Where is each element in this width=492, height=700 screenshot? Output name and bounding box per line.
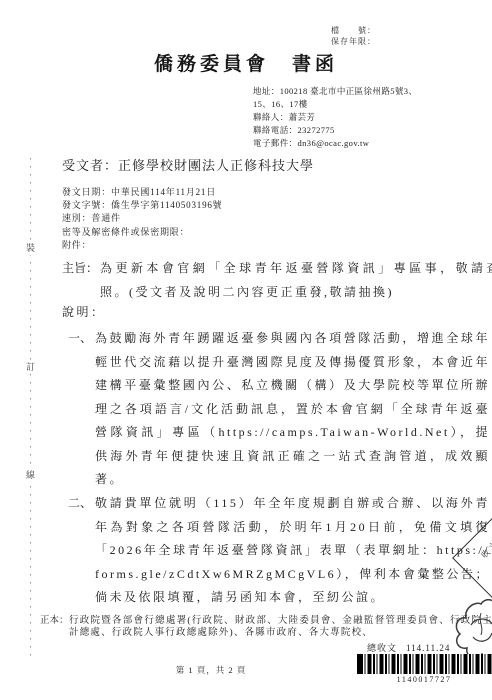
registrar-seal-icon (454, 599, 492, 661)
received-stamp: 總收文114.11.24 (367, 641, 450, 654)
subject-label: 主旨： (62, 256, 98, 280)
item-2-marker: 二、 (68, 492, 92, 516)
distribution-label: 正本： (40, 616, 69, 628)
sender-address-line2: 15、16、17樓 (253, 98, 417, 111)
dispatch-meta: 發文日期：中華民國114年11月21日 發文字號：僑生學字第1140503196… (62, 186, 222, 252)
item-1-marker: 一、 (68, 327, 92, 351)
dispatch-attachment: 附件： (62, 239, 222, 252)
paging-stamp-text: 收文驗訖 (478, 523, 492, 562)
recipient-line: 受文者：正修學校財團法人正修科技大學 (62, 155, 314, 174)
sender-email: 電子郵件：dn36@ocac.gov.tw (253, 137, 417, 150)
file-number-label: 檔 號： (331, 25, 376, 36)
received-label: 總收文 (367, 643, 397, 653)
document-page: 檔 號： 保存年限： 僑務委員會 書函 地址：100218 臺北市中正區徐州路5… (0, 0, 492, 700)
barcode (357, 654, 492, 674)
received-date: 114.11.24 (406, 643, 450, 653)
sender-phone: 聯絡電話：23272775 (253, 124, 417, 137)
explanation-item-2: 二、 敬請貴單位就明（115）年全年度規劃自辦或合辦、以海外青年為對象之各項營隊… (68, 492, 490, 610)
sender-address-line1: 地址：100218 臺北市中正區徐州路5號3、 (253, 85, 417, 98)
retention-label: 保存年限： (331, 36, 376, 47)
barcode-number: 1140017727 (357, 675, 491, 684)
explanation-label: 說明： (62, 303, 106, 320)
dispatch-security: 密等及解密條件或保密期限： (62, 226, 222, 239)
binding-dotted-line (30, 158, 31, 658)
dispatch-number: 發文字號：僑生學字第1140503196號 (62, 199, 222, 212)
subject-block: 主旨： 為更新本會官網「全球青年返臺營隊資訊」專區事，敬請查照。(受文者及說明二… (62, 256, 492, 304)
binding-char-zhuang: 裝 (25, 241, 36, 255)
subject-text: 為更新本會官網「全球青年返臺營隊資訊」專區事，敬請查照。(受文者及說明二內容更正… (100, 261, 492, 299)
sender-contact-person: 聯絡人：蕭芸芳 (253, 111, 417, 124)
dispatch-date: 發文日期：中華民國114年11月21日 (62, 186, 222, 199)
item-1-text: 為鼓勵海外青年踴躍返臺參與國內各項營隊活動，增進全球年輕世代交流藉以提升臺灣國際… (95, 331, 490, 486)
binding-char-ding: 訂 (25, 360, 36, 374)
page-footer: 第 1 頁，共 2 頁 (148, 664, 274, 676)
binding-char-xian: 線 (25, 468, 36, 482)
dispatch-speed: 速別：普通件 (62, 212, 222, 225)
distribution-block: 正本： 行政院暨各部會行總處署(行政院、財政部、大陸委員會、金融監督管理委員會、… (40, 616, 492, 639)
item-2-text: 敬請貴單位就明（115）年全年度規劃自辦或合辦、以海外青年為對象之各項營隊活動，… (95, 496, 490, 604)
explanation-item-1: 一、 為鼓勵海外青年踴躍返臺參與國內各項營隊活動，增進全球年輕世代交流藉以提升臺… (68, 327, 490, 492)
file-meta: 檔 號： 保存年限： (331, 25, 376, 47)
distribution-text: 行政院暨各部會行總處署(行政院、財政部、大陸委員會、金融監督管理委員會、行政院主… (69, 616, 492, 638)
sender-info: 地址：100218 臺北市中正區徐州路5號3、 15、16、17樓 聯絡人：蕭芸… (253, 85, 417, 150)
document-title: 僑務委員會 書函 (0, 49, 492, 76)
